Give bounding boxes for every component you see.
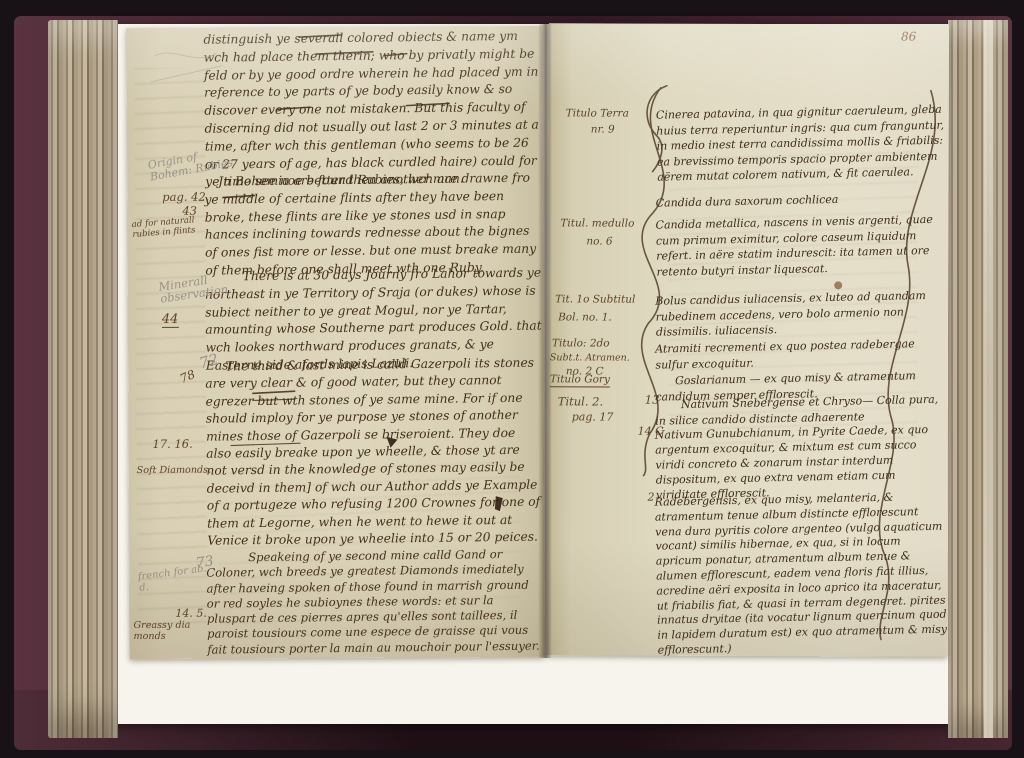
margin-note-title: pag. 17: [572, 411, 614, 423]
show-through-text: [135, 68, 208, 628]
margin-note-pencil: 73: [195, 555, 214, 569]
ink-stain: [834, 281, 842, 289]
manuscript-paragraph: Cinerea patavina, in qua gignitur caerul…: [656, 102, 948, 186]
margin-note-number: 44: [162, 314, 179, 328]
margin-note-number: 13: [645, 394, 660, 406]
page-edges-left: [48, 20, 118, 738]
left-page: distinguish ye severall colored obiects …: [126, 26, 544, 659]
page-edges-right: [948, 20, 1008, 738]
margin-note-page-ref: 43: [182, 205, 197, 217]
manuscript-paragraph: Speakeing of ye second mine calld Gand o…: [206, 547, 544, 658]
margin-note-page-ref: pag. 42.: [162, 191, 209, 203]
margin-note-pencil: 72: [198, 353, 219, 369]
manuscript-paragraph: Radebergensis, ex quo misy, melanteria, …: [654, 490, 947, 659]
ink-strikethrough: [221, 34, 451, 393]
margin-note-title: no. 6: [586, 235, 612, 247]
margin-note-pencil: french for ab. d.: [137, 563, 209, 594]
manuscript-book-photo: distinguish ye severall colored obiects …: [0, 0, 1024, 758]
pencil-scribble: [150, 53, 222, 82]
manuscript-paragraph: Nativum Gunubchianum, in Pyrite Caede, e…: [655, 422, 947, 503]
show-through-text: [668, 144, 919, 445]
margin-note-title: no. 2 C: [566, 365, 604, 377]
manuscript-heading: Candida dura saxorum cochlicea: [656, 190, 946, 212]
manuscript-paragraph: Goslarianum — ex quo misy & atramentum c…: [655, 368, 946, 405]
margin-note-title: Titulo Gory: [550, 373, 610, 387]
folio-number: 86: [901, 30, 916, 44]
margin-note-title: Subt.t. Atramen.: [550, 352, 630, 364]
margin-note-pencil: Minerall observation: [158, 269, 247, 305]
pen-flourish: [641, 86, 936, 640]
margin-note-title: Titul. 2.: [558, 395, 603, 407]
margin-note: ad for naturall rubies in flints: [131, 214, 212, 240]
margin-note-number: 14 C: [638, 426, 664, 438]
margin-note: Greassy dia monds: [133, 620, 205, 642]
manuscript-paragraph: The third & last mine is calld Gazerpoli…: [205, 355, 544, 551]
margin-note-title: Titulo: 2do: [552, 337, 610, 349]
margin-note-title: nr. 9: [591, 123, 615, 135]
margin-note: Soft Diamonds.: [137, 465, 212, 477]
margin-note-title: Tit. 1o Subtitul: [555, 293, 635, 305]
margin-note-number: 78: [178, 368, 197, 385]
manuscript-paragraph: Candida metallica, nascens in venis arge…: [655, 212, 946, 280]
show-through-text: [219, 456, 520, 638]
margin-note-number: 17. 16.: [152, 438, 192, 450]
margin-note-title: Bol. no. 1.: [558, 311, 612, 323]
margin-note-title: Titulo Terra: [566, 107, 629, 119]
margin-note-number: 14. 5.: [175, 608, 207, 620]
margin-note-number: 2: [647, 492, 654, 504]
ink-blot: [386, 436, 502, 512]
ink-marks-overlay: [126, 26, 544, 659]
book-gutter-shadow: [538, 24, 552, 658]
margin-note-pencil: Origin of Bohem: Rubies: [147, 145, 236, 184]
pen-flourish-overlay: [547, 23, 949, 656]
right-page: 86 Cinerea patavina, in qua gignitur cae…: [547, 23, 949, 656]
manuscript-paragraph: Jn Bohemia are found Rubies, wch are dra…: [204, 170, 542, 281]
manuscript-paragraph: Bolus candidus iuliacensis, ex luteo ad …: [655, 288, 946, 341]
manuscript-paragraph: Atramiti recrementi ex quo postea radebe…: [655, 336, 946, 373]
manuscript-paragraph: There is at 30 days Journy fro Lahor tow…: [205, 265, 543, 376]
margin-note-title: Titul. medullo: [560, 217, 634, 229]
ink-underline: [230, 399, 300, 445]
page-edge-highlight: [984, 20, 993, 738]
manuscript-paragraph: distinguish ye severall colored obiects …: [203, 28, 542, 192]
manuscript-paragraph: Nativum Snebergense et Chryso— Colla pur…: [655, 392, 946, 429]
